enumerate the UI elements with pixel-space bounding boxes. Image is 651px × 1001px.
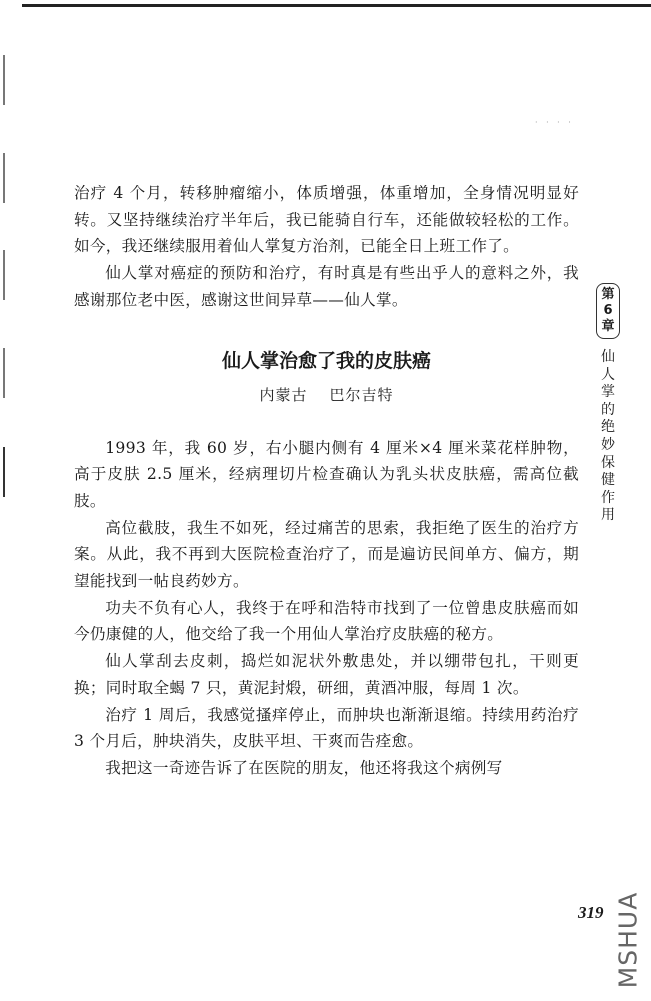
author-region: 内蒙古 [259, 386, 307, 404]
page-body: 治疗 4 个月，转移肿瘤缩小，体质增强，体重增加，全身情况明显好转。又坚持继续治… [74, 180, 579, 782]
paragraph: 治疗 4 个月，转移肿瘤缩小，体质增强，体重增加，全身情况明显好转。又坚持继续治… [74, 180, 579, 260]
paragraph: 高位截肢，我生不如死，经过痛苦的思索，我拒绝了医生的治疗方案。从此，我不再到大医… [74, 515, 579, 595]
binding-mark [3, 55, 5, 105]
paragraph: 1993 年，我 60 岁，右小腿内侧有 4 厘米×4 厘米菜花样肿物，高于皮肤… [74, 435, 579, 515]
article-title: 仙人掌治愈了我的皮肤癌 [74, 348, 579, 374]
chapter-title-char: 掌 [596, 384, 620, 402]
chapter-title-char: 保 [596, 455, 620, 473]
chapter-label-char: 章 [597, 319, 619, 335]
chapter-tab: 第 6 章 仙 人 掌 的 绝 妙 保 健 作 用 [596, 283, 620, 525]
chapter-title-vertical: 仙 人 掌 的 绝 妙 保 健 作 用 [596, 349, 620, 525]
chapter-number-box: 第 6 章 [596, 283, 620, 339]
paragraph: 仙人掌刮去皮刺，捣烂如泥状外敷患处，并以绷带包扎，干则更换；同时取全蝎 7 只，… [74, 648, 579, 701]
chapter-title-char: 健 [596, 472, 620, 490]
page-number: 319 [578, 903, 604, 923]
chapter-number: 6 [597, 303, 619, 319]
chapter-title-char: 的 [596, 402, 620, 420]
binding-mark [3, 153, 5, 203]
paragraph: 仙人掌对癌症的预防和治疗，有时真是有些出乎人的意料之外，我感谢那位老中医，感谢这… [74, 260, 579, 313]
author-name: 巴尔吉特 [330, 386, 394, 404]
chapter-title-char: 仙 [596, 349, 620, 367]
chapter-title-char: 绝 [596, 419, 620, 437]
chapter-title-char: 人 [596, 367, 620, 385]
chapter-title-char: 用 [596, 507, 620, 525]
watermark: MSHUA [608, 885, 648, 995]
binding-mark [3, 250, 5, 300]
paragraph: 功夫不负有心人，我终于在呼和浩特市找到了一位曾患皮肤癌而如今仍康健的人，他交给了… [74, 595, 579, 648]
watermark-text: MSHUA [614, 892, 643, 989]
paragraph: 治疗 1 周后，我感觉搔痒停止，而肿块也渐渐退缩。持续用药治疗 3 个月后，肿块… [74, 702, 579, 755]
article-byline: 内蒙古巴尔吉特 [74, 383, 579, 407]
chapter-title-char: 妙 [596, 437, 620, 455]
binding-mark [3, 348, 5, 398]
chapter-label-char: 第 [597, 287, 619, 303]
paragraph: 我把这一奇迹告诉了在医院的朋友，他还将我这个病例写 [74, 755, 579, 782]
page-top-rule [22, 4, 651, 7]
chapter-title-char: 作 [596, 490, 620, 508]
article-body: 1993 年，我 60 岁，右小腿内侧有 4 厘米×4 厘米菜花样肿物，高于皮肤… [74, 435, 579, 782]
scan-specks: · · · · [535, 118, 574, 127]
binding-mark [3, 447, 5, 497]
